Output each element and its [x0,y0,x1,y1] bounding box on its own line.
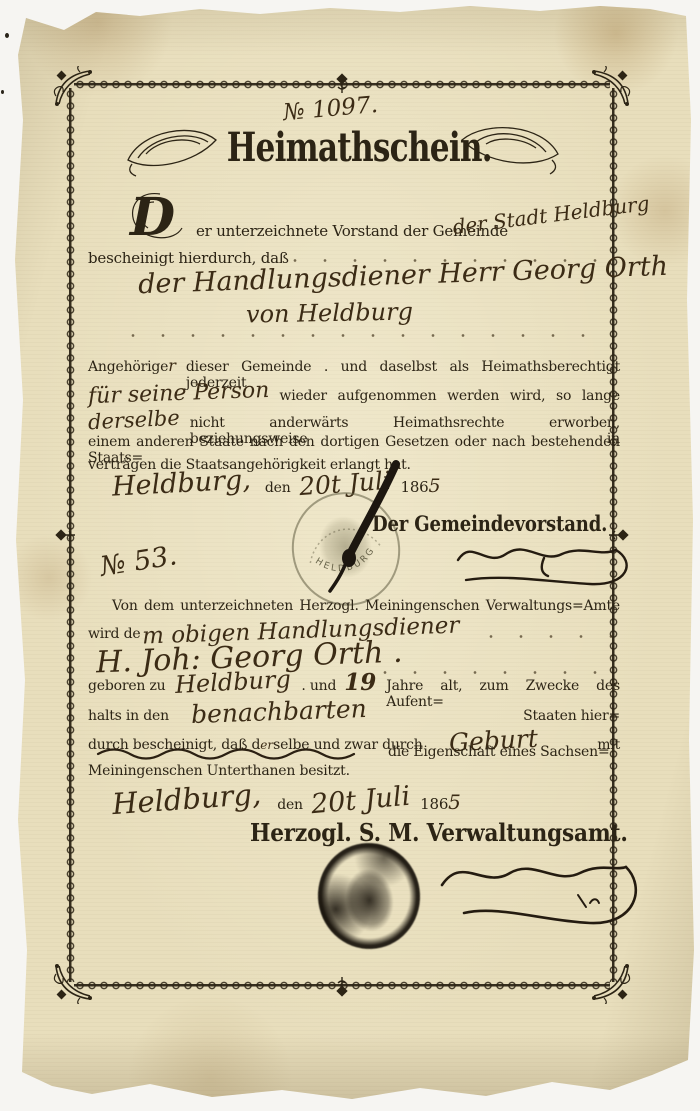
paper-speck [5,33,9,38]
mid-ornament-top [333,70,351,96]
amt-line-2-pre: wird de [88,626,140,642]
body-line-1-hw: r [168,356,176,375]
amt-line-3-pre: geboren zu [88,678,165,694]
scanned-certificate-page: № 1097. Heimathschein. D [0,0,700,1111]
body-line-2: für seine Person wieder aufgenommen werd… [88,381,620,406]
vorstand-signature [448,524,650,596]
date2-den: den [277,797,303,813]
amt-line-4-pre: halts in den [88,708,169,724]
paper-speck [1,90,4,94]
handwritten-wavy-strikeout [94,742,362,762]
body-line-2-hw: für seine Person [88,378,270,409]
document-title-wrap: Heimathschein. [196,124,476,171]
body-line-2-rest: wieder aufgenommen werden wird, so lange [279,388,620,404]
document-title: Heimathschein. [227,124,445,171]
date1-den: den [265,480,291,496]
leader-dots [118,325,600,337]
leader-dots [476,626,620,638]
amt-line-1: Von dem unterzeichneten Herzogl. Meining… [112,598,620,614]
date1-year-handwritten: 5 [429,475,441,497]
dropcap-flourish [124,188,194,250]
amt-line-3-mid: . und [301,678,336,694]
body-line-3-hw: derselbe [87,406,180,435]
amt-line-4: halts in den benachbarten Staaten hier= [88,697,620,726]
corner-ornament-bottom-left [52,964,92,1004]
date1-place-handwritten: Heldburg, [111,464,251,502]
mid-ornament-left [52,526,78,544]
amt-line-4-hw: benachbarten [190,694,367,729]
body-line-1-pre: Angehörige [88,359,168,375]
mid-ornament-bottom [333,974,351,1000]
title-flourish-right [452,116,562,180]
amt-line-7: Meiningenschen Unterthanen besitzt. [88,763,350,779]
corner-ornament-top-left [52,66,92,106]
amt-line-6: die Eigenschaft eines Sachsen= [388,744,610,760]
corner-ornament-top-right [592,66,632,106]
person-origin-handwritten: von Heldburg [246,298,413,329]
date2-year-handwritten: 5 [448,790,461,814]
date-line-2: Heldburg, den 20t Juli 186 5 [112,782,461,816]
document-paper: № 1097. Heimathschein. D [0,0,700,1111]
date2-place-handwritten: Heldburg, [111,777,262,821]
amt-signature [428,843,656,941]
amt-line-3-hw-age: 19 [344,669,376,696]
date2-day-handwritten: 20t Juli [310,781,412,821]
amt-line-4-rest: Staaten hier= [523,708,620,724]
amt-line-3-hw-place: Heldburg [175,665,292,699]
corner-ornament-bottom-right [592,964,632,1004]
date2-year-printed: 186 [420,795,448,813]
